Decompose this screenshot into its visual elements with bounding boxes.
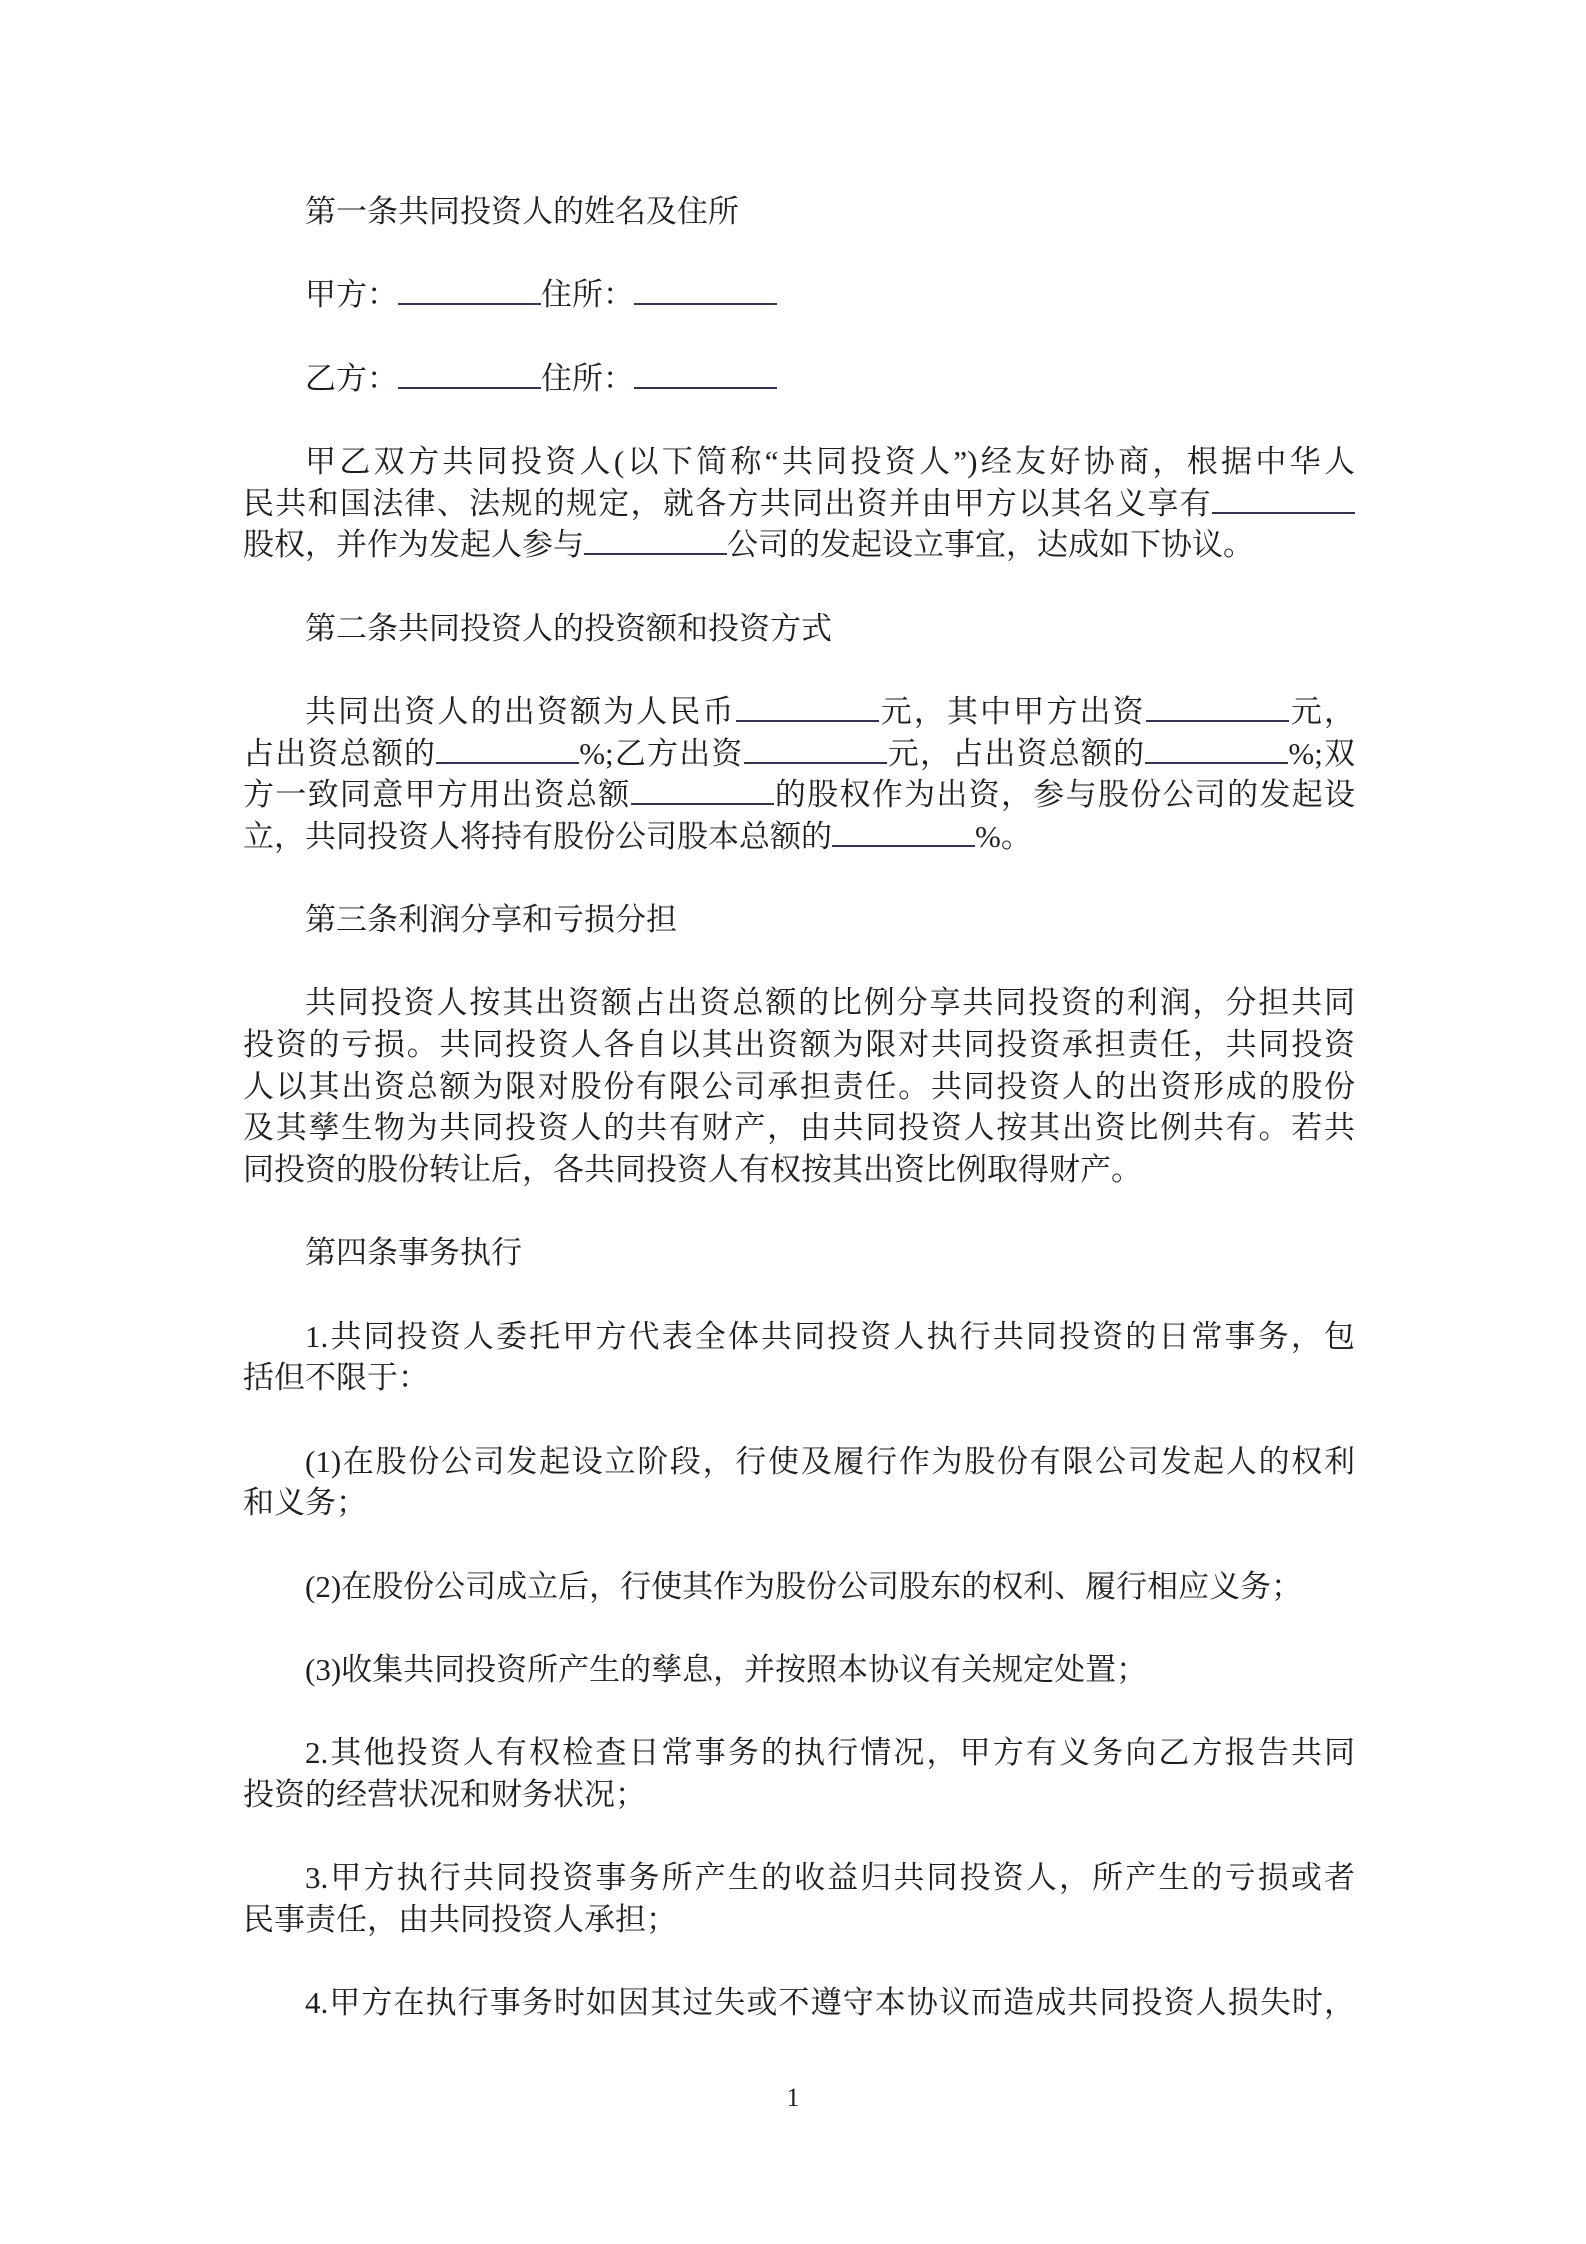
party-a-label: 甲方：	[305, 277, 398, 312]
company-name-blank	[584, 533, 727, 555]
party-b-address-blank	[634, 367, 777, 389]
text-line: 民事责任，由共同投资人承担；	[243, 1899, 1355, 1941]
text-line: 共同出资人的出资额为人民币元，其中甲方出资元，	[243, 691, 1355, 733]
clause-2: 2.其他投资人有权检查日常事务的执行情况，甲方有义务向乙方报告共同 投资的经营状…	[243, 1732, 1355, 1815]
article-1-heading-block: 第一条共同投资人的姓名及住所	[243, 191, 1355, 233]
party-b-address-label: 住所：	[541, 361, 634, 396]
text-line: 投资的经营状况和财务状况；	[243, 1774, 1355, 1816]
total-amount-blank	[736, 700, 879, 722]
article-4-heading-block: 第四条事务执行	[243, 1232, 1355, 1274]
text-line: 括但不限于：	[243, 1357, 1355, 1399]
party-b-name-blank	[398, 367, 541, 389]
text-line: 甲乙双方共同投资人(以下简称“共同投资人”)经友好协商，根据中华人	[243, 441, 1355, 483]
text-segment: %;双	[1288, 736, 1355, 771]
text-segment: 元，占出资总额的	[887, 736, 1146, 771]
text-line: (2)在股份公司成立后，行使其作为股份公司股东的权利、履行相应义务；	[243, 1566, 1355, 1608]
party-a-name-blank	[398, 283, 541, 305]
clause-1-sub-1: (1)在股份公司发起设立阶段，行使及履行作为股份有限公司发起人的权利 和义务；	[243, 1441, 1355, 1524]
text-segment: 立，共同投资人将持有股份公司股本总额的	[243, 819, 832, 854]
text-segment: 共同出资人的出资额为人民币	[305, 694, 736, 729]
text-segment: 方一致同意甲方用出资总额	[243, 777, 631, 812]
party-b-percent-blank	[1145, 742, 1288, 764]
text-segment: 的股权作为出资，参与股份公司的发起设	[774, 777, 1355, 812]
text-segment: 元，	[1289, 694, 1355, 729]
text-line: 股权，并作为发起人参与公司的发起设立事宜，达成如下协议。	[243, 524, 1355, 566]
party-b-amount-blank	[744, 742, 887, 764]
party-a-line: 甲方：住所：	[243, 274, 1355, 316]
text-line: 占出资总额的%;乙方出资元，占出资总额的%;双	[243, 733, 1355, 775]
text-segment: 甲乙双方共同投资人(以下简称“共同投资人”)经友好协商，根据中华人	[305, 444, 1355, 479]
document-page: 第一条共同投资人的姓名及住所 甲方：住所： 乙方：住所： 甲乙双方共同投资人(以…	[0, 0, 1586, 2244]
text-line: 方一致同意甲方用出资总额的股权作为出资，参与股份公司的发起设	[243, 774, 1355, 816]
text-line: 及其孳生物为共同投资人的共有财产，由共同投资人按其出资比例共有。若共	[243, 1107, 1355, 1149]
party-b-line: 乙方：住所：	[243, 358, 1355, 400]
article-heading: 第二条共同投资人的投资额和投资方式	[243, 608, 1355, 650]
text-line: 1.共同投资人委托甲方代表全体共同投资人执行共同投资的日常事务，包	[243, 1316, 1355, 1358]
party-a-address-blank	[634, 283, 777, 305]
party-a-percent-blank	[436, 742, 579, 764]
text-line: 和义务；	[243, 1482, 1355, 1524]
party-a-block: 甲方：住所：	[243, 274, 1355, 316]
text-line: 3.甲方执行共同投资事务所产生的收益归共同投资人，所产生的亏损或者	[243, 1857, 1355, 1899]
text-segment: 股权，并作为发起人参与	[243, 527, 584, 562]
text-line: (3)收集共同投资所产生的孳息，并按照本协议有关规定处置；	[243, 1649, 1355, 1691]
text-segment: 公司的发起设立事宜，达成如下协议。	[727, 527, 1254, 562]
clause-1: 1.共同投资人委托甲方代表全体共同投资人执行共同投资的日常事务，包 括但不限于：	[243, 1316, 1355, 1399]
text-line: 共同投资人按其出资额占出资总额的比例分享共同投资的利润，分担共同	[243, 982, 1355, 1024]
text-segment: 民共和国法律、法规的规定，就各方共同出资并由甲方以其名义享有	[243, 486, 1212, 521]
text-segment: 占出资总额的	[243, 736, 436, 771]
text-segment: %;乙方出资	[579, 736, 743, 771]
clause-4: 4.甲方在执行事务时如因其过失或不遵守本协议而造成共同投资人损失时，	[243, 1982, 1355, 2024]
profit-loss-paragraph: 共同投资人按其出资额占出资总额的比例分享共同投资的利润，分担共同 投资的亏损。共…	[243, 982, 1355, 1190]
article-heading: 第三条利润分享和亏损分担	[243, 899, 1355, 941]
party-b-block: 乙方：住所：	[243, 358, 1355, 400]
text-line: 2.其他投资人有权检查日常事务的执行情况，甲方有义务向乙方报告共同	[243, 1732, 1355, 1774]
text-segment: %。	[975, 819, 1032, 854]
page-number: 1	[0, 2083, 1586, 2113]
clause-3: 3.甲方执行共同投资事务所产生的收益归共同投资人，所产生的亏损或者 民事责任，由…	[243, 1857, 1355, 1940]
text-line: 4.甲方在执行事务时如因其过失或不遵守本协议而造成共同投资人损失时，	[243, 1982, 1355, 2024]
text-line: 投资的亏损。共同投资人各自以其出资额为限对共同投资承担责任，共同投资	[243, 1024, 1355, 1066]
share-percent-blank	[832, 825, 975, 847]
party-b-label: 乙方：	[305, 361, 398, 396]
equity-blank	[1212, 492, 1355, 514]
party-a-address-label: 住所：	[541, 277, 634, 312]
text-segment: 元，其中甲方出资	[879, 694, 1146, 729]
equity-amount-blank	[631, 783, 774, 805]
text-line: 民共和国法律、法规的规定，就各方共同出资并由甲方以其名义享有	[243, 483, 1355, 525]
text-line: 同投资的股份转让后，各共同投资人有权按其出资比例取得财产。	[243, 1149, 1355, 1191]
article-heading: 第一条共同投资人的姓名及住所	[243, 191, 1355, 233]
party-a-amount-blank	[1146, 700, 1289, 722]
text-line: 人以其出资总额为限对股份有限公司承担责任。共同投资人的出资形成的股份	[243, 1066, 1355, 1108]
preamble-paragraph: 甲乙双方共同投资人(以下简称“共同投资人”)经友好协商，根据中华人 民共和国法律…	[243, 441, 1355, 566]
article-heading: 第四条事务执行	[243, 1232, 1355, 1274]
text-line: (1)在股份公司发起设立阶段，行使及履行作为股份有限公司发起人的权利	[243, 1441, 1355, 1483]
text-line: 立，共同投资人将持有股份公司股本总额的%。	[243, 816, 1355, 858]
clause-1-sub-2: (2)在股份公司成立后，行使其作为股份公司股东的权利、履行相应义务；	[243, 1566, 1355, 1608]
investment-paragraph: 共同出资人的出资额为人民币元，其中甲方出资元， 占出资总额的%;乙方出资元，占出…	[243, 691, 1355, 858]
article-3-heading-block: 第三条利润分享和亏损分担	[243, 899, 1355, 941]
article-2-heading-block: 第二条共同投资人的投资额和投资方式	[243, 608, 1355, 650]
clause-1-sub-3: (3)收集共同投资所产生的孳息，并按照本协议有关规定处置；	[243, 1649, 1355, 1691]
document-body: 第一条共同投资人的姓名及住所 甲方：住所： 乙方：住所： 甲乙双方共同投资人(以…	[243, 191, 1355, 2024]
